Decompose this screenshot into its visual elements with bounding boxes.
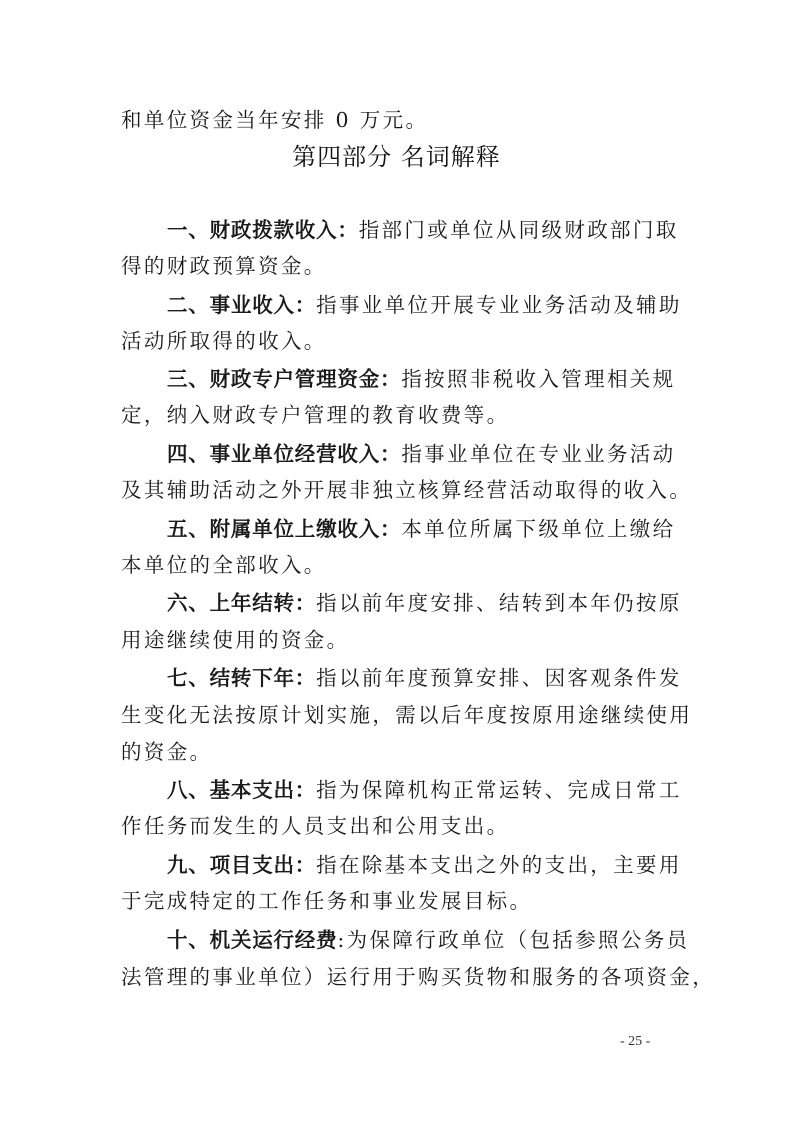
definition-term: 六、上年结转： <box>167 591 316 615</box>
definition-text: 指以前年度预算安排、因客观条件发 <box>316 666 682 690</box>
definition-4-first-line: 四、事业单位经营收入：指事业单位在专业业务活动 <box>167 439 677 469</box>
definition-10-line-2: 法管理的事业单位）运行用于购买货物和服务的各项资金， <box>121 962 677 992</box>
definition-1-first-line: 一、财政拨款收入：指部门或单位从同级财政部门取 <box>167 215 677 245</box>
definition-text: 本单位所属下级单位上缴给 <box>401 517 675 541</box>
definition-4-line-2: 及其辅助活动之外开展非独立核算经营活动取得的收入。 <box>121 475 677 505</box>
section-title: 第四部分 名词解释 <box>0 142 793 172</box>
definition-6-line-2: 用途继续使用的资金。 <box>121 625 677 655</box>
document-page: 和单位资金当年安排 0 万元。 第四部分 名词解释 一、财政拨款收入：指部门或单… <box>0 0 793 1122</box>
definition-term: 七、结转下年： <box>167 666 316 690</box>
page-number: - 25 - <box>620 1034 650 1050</box>
definition-8-first-line: 八、基本支出：指为保障机构正常运转、完成日常工 <box>167 775 677 805</box>
definition-text: :为保障行政单位（包括参照公务员 <box>337 928 689 952</box>
definition-2-first-line: 二、事业收入：指事业单位开展专业业务活动及辅助 <box>167 290 677 320</box>
definition-text: 指事业单位在专业业务活动 <box>401 442 675 466</box>
definition-text: 指按照非税收入管理相关规 <box>401 367 675 391</box>
definition-text: 指在除基本支出之外的支出，主要用 <box>316 853 682 877</box>
definition-7-line-2: 生变化无法按原计划实施，需以后年度按原用途继续使用 <box>121 700 677 730</box>
definition-9-first-line: 九、项目支出：指在除基本支出之外的支出，主要用 <box>167 850 677 880</box>
definition-7-first-line: 七、结转下年：指以前年度预算安排、因客观条件发 <box>167 663 677 693</box>
definition-term: 二、事业收入： <box>167 293 316 317</box>
definition-text: 指为保障机构正常运转、完成日常工 <box>316 778 682 802</box>
definition-term: 九、项目支出： <box>167 853 316 877</box>
definition-3-first-line: 三、财政专户管理资金：指按照非税收入管理相关规 <box>167 364 677 394</box>
definition-term: 四、事业单位经营收入： <box>167 442 401 466</box>
definition-term: 一、财政拨款收入： <box>167 218 359 242</box>
definition-text: 指事业单位开展专业业务活动及辅助 <box>316 293 682 317</box>
definition-term: 五、附属单位上缴收入： <box>167 517 401 541</box>
definition-2-line-2: 活动所取得的收入。 <box>121 326 677 356</box>
definition-term: 八、基本支出： <box>167 778 316 802</box>
definition-text: 指部门或单位从同级财政部门取 <box>359 218 679 242</box>
definition-text: 指以前年度安排、结转到本年仍按原 <box>316 591 682 615</box>
definition-5-first-line: 五、附属单位上缴收入：本单位所属下级单位上缴给 <box>167 514 677 544</box>
definition-7-line-3: 的资金。 <box>121 737 677 767</box>
definition-6-first-line: 六、上年结转：指以前年度安排、结转到本年仍按原 <box>167 588 677 618</box>
definition-term: 三、财政专户管理资金： <box>167 367 401 391</box>
definition-3-line-2: 定，纳入财政专户管理的教育收费等。 <box>121 400 677 430</box>
definition-10-first-line: 十、机关运行经费:为保障行政单位（包括参照公务员 <box>167 925 677 955</box>
definition-term: 十、机关运行经费 <box>167 928 337 952</box>
definition-8-line-2: 作任务而发生的人员支出和公用支出。 <box>121 811 677 841</box>
definition-5-line-2: 本单位的全部收入。 <box>121 550 677 580</box>
definition-9-line-2: 于完成特定的工作任务和事业发展目标。 <box>121 886 677 916</box>
definition-1-line-2: 得的财政预算资金。 <box>121 251 677 281</box>
continuation-text: 和单位资金当年安排 0 万元。 <box>121 105 677 135</box>
